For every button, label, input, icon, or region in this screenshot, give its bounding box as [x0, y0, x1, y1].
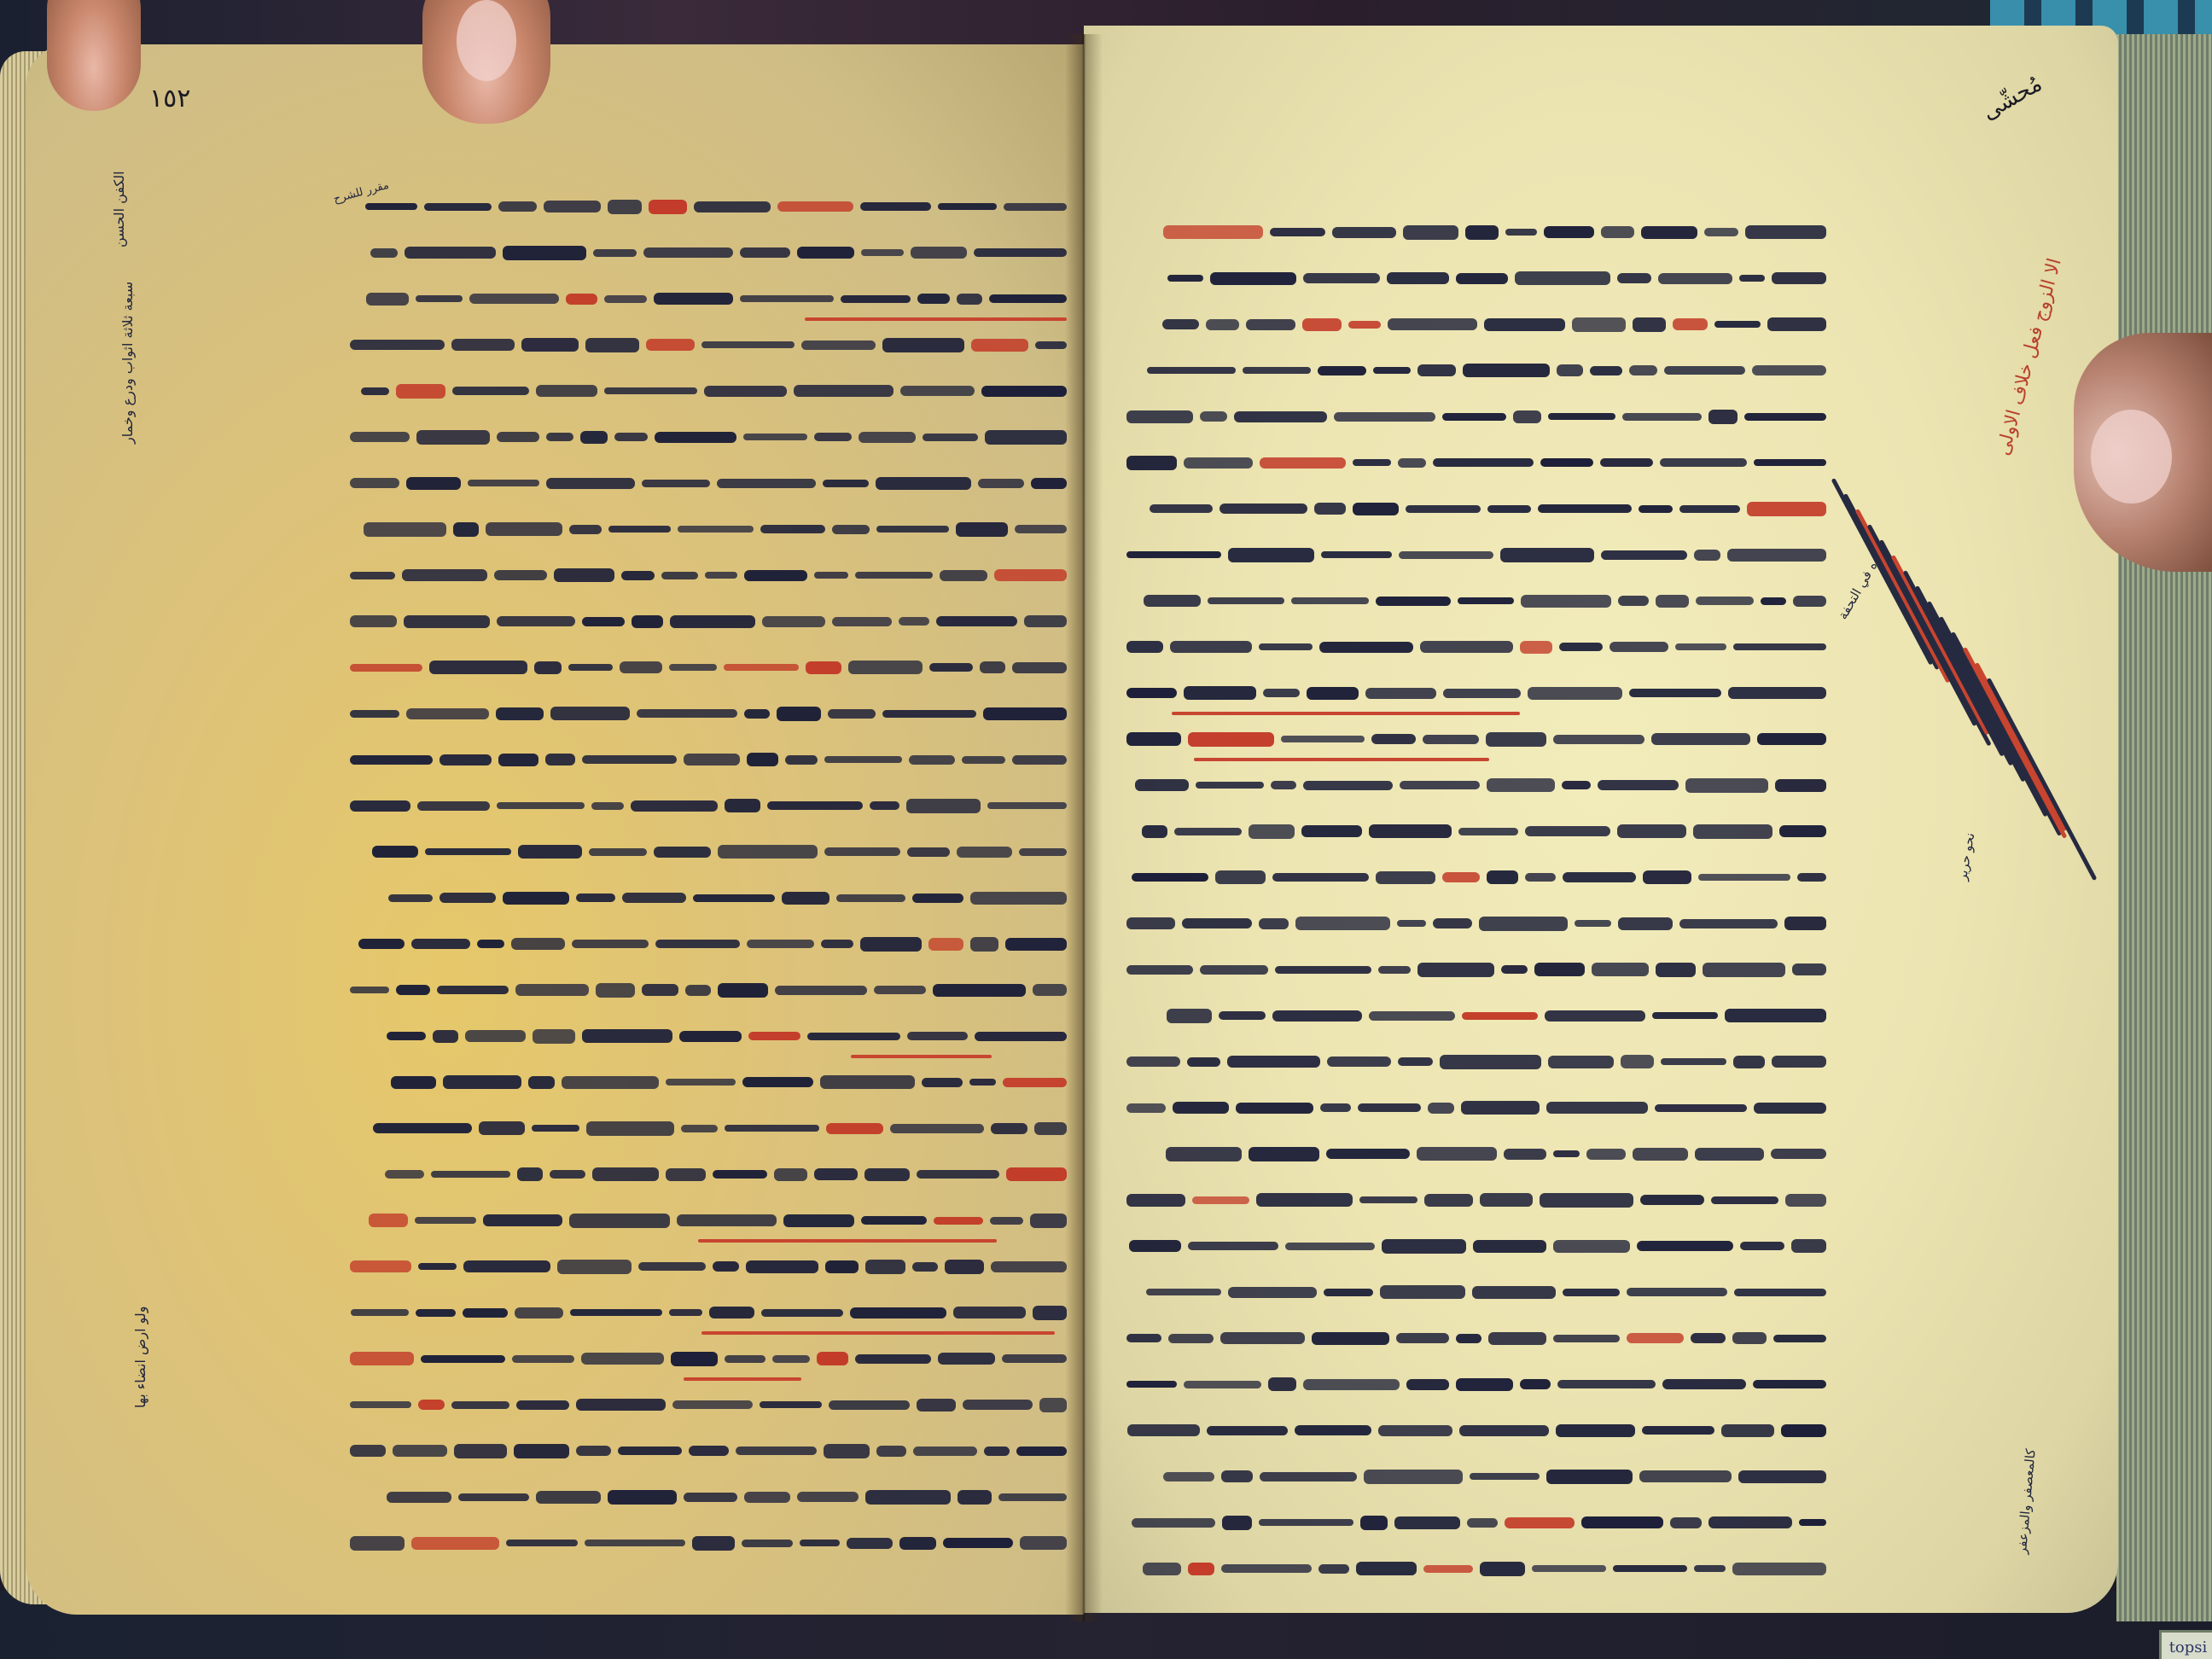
black-ink-word: [1039, 1398, 1067, 1412]
left-page-number: ١٥٢: [149, 84, 190, 114]
black-ink-word: [661, 572, 698, 579]
black-ink-word: [1675, 643, 1726, 650]
black-ink-word: [1256, 1193, 1353, 1207]
black-ink-word: [515, 984, 589, 996]
black-ink-word: [782, 892, 829, 905]
text-line: [333, 234, 1067, 271]
black-ink-word: [1228, 1287, 1317, 1298]
black-ink-word: [366, 293, 409, 306]
black-ink-word: [1259, 643, 1313, 650]
black-ink-word: [1147, 367, 1236, 374]
black-ink-word: [1679, 505, 1740, 513]
text-line: [1109, 444, 1826, 481]
black-ink-word: [532, 1125, 579, 1132]
text-line: [1109, 720, 1826, 758]
black-ink-word: [1442, 413, 1506, 421]
black-ink-word: [1200, 965, 1268, 975]
black-ink-word: [1548, 413, 1615, 420]
black-ink-word: [1324, 1289, 1373, 1296]
black-ink-word: [1398, 1057, 1433, 1066]
black-ink-word: [762, 616, 825, 627]
black-ink-word: [1126, 965, 1193, 975]
black-ink-word: [1458, 597, 1514, 604]
black-ink-word: [424, 203, 492, 211]
black-ink-word: [1433, 458, 1534, 467]
black-ink-word: [1656, 595, 1689, 608]
red-ink-word: [1188, 1563, 1214, 1575]
black-ink-word: [1249, 824, 1295, 839]
black-ink-word: [899, 1537, 936, 1550]
black-ink-word: [536, 385, 597, 397]
text-line: [1109, 1458, 1826, 1495]
black-ink-word: [1520, 1379, 1551, 1389]
text-line: [333, 1478, 1067, 1516]
black-ink-word: [1456, 1378, 1513, 1391]
black-ink-word: [1005, 938, 1067, 951]
black-ink-word: [1501, 965, 1528, 974]
text-line: [333, 1294, 1067, 1331]
black-ink-word: [350, 572, 395, 579]
text-line: [333, 1432, 1067, 1470]
black-ink-word: [1534, 963, 1585, 976]
black-ink-word: [1691, 1333, 1726, 1343]
black-ink-word: [1670, 1517, 1702, 1528]
text-line: [1109, 812, 1826, 850]
black-ink-word: [534, 661, 562, 674]
black-ink-word: [1639, 505, 1673, 513]
black-ink-word: [1721, 1424, 1774, 1437]
black-ink-word: [621, 571, 655, 580]
black-ink-word: [832, 617, 892, 626]
black-ink-word: [405, 247, 496, 259]
black-ink-word: [1015, 525, 1067, 533]
black-ink-word: [592, 1167, 659, 1181]
text-line: [333, 1524, 1067, 1562]
black-ink-word: [642, 480, 710, 487]
black-ink-word: [469, 294, 559, 304]
red-ink-word: [1747, 502, 1826, 516]
black-ink-word: [514, 1444, 569, 1458]
black-ink-word: [1734, 1289, 1826, 1296]
black-ink-word: [1326, 1149, 1410, 1159]
text-line: [1109, 352, 1826, 389]
text-line: [333, 418, 1067, 456]
black-ink-word: [463, 1260, 550, 1272]
black-ink-word: [1633, 317, 1666, 332]
black-ink-word: [1465, 225, 1499, 240]
black-ink-word: [1162, 319, 1199, 329]
black-ink-word: [1622, 413, 1702, 421]
black-ink-word: [870, 801, 899, 810]
black-ink-word: [1327, 1057, 1391, 1067]
black-ink-word: [1487, 778, 1555, 792]
black-ink-word: [1655, 1104, 1747, 1112]
black-ink-word: [1035, 341, 1067, 349]
black-ink-word: [1738, 1470, 1826, 1483]
black-ink-word: [569, 1214, 670, 1228]
black-ink-word: [860, 202, 931, 211]
black-ink-word: [821, 940, 853, 948]
black-ink-word: [1458, 828, 1518, 835]
black-ink-word: [917, 1399, 956, 1412]
black-ink-word: [978, 479, 1024, 488]
red-ink-word: [396, 384, 445, 399]
black-ink-word: [775, 986, 867, 995]
red-ink-word: [1442, 872, 1480, 882]
text-line: [1109, 1550, 1826, 1587]
left-margin-note: سبعة ثلاثة اثواب ودرع وخمار: [119, 282, 136, 444]
black-ink-word: [350, 755, 433, 765]
black-ink-word: [743, 434, 807, 440]
black-ink-word: [1373, 367, 1411, 374]
black-ink-word: [632, 615, 663, 628]
black-ink-word: [1627, 1288, 1727, 1296]
black-ink-word: [742, 1540, 793, 1547]
black-ink-word: [1563, 872, 1636, 882]
black-ink-word: [1590, 366, 1622, 375]
black-ink-word: [1633, 1148, 1688, 1161]
red-ink-word: [369, 1214, 408, 1227]
black-ink-word: [1572, 317, 1626, 332]
black-ink-word: [1146, 1289, 1221, 1295]
text-line: [1109, 582, 1826, 620]
black-ink-word: [596, 983, 635, 998]
black-ink-word: [411, 939, 470, 949]
black-ink-word: [777, 707, 821, 721]
black-ink-word: [1406, 1379, 1449, 1390]
black-ink-word: [760, 525, 825, 533]
black-ink-word: [479, 1121, 525, 1135]
red-ink-word: [1505, 1517, 1575, 1528]
black-ink-word: [865, 1490, 951, 1505]
black-ink-word: [1126, 1194, 1185, 1207]
black-ink-word: [453, 522, 479, 537]
black-ink-word: [569, 525, 602, 534]
text-line: [1109, 1043, 1826, 1080]
black-ink-word: [740, 247, 790, 258]
red-underline: [701, 1331, 1055, 1335]
red-underline: [1194, 758, 1489, 761]
black-ink-word: [850, 1307, 946, 1318]
black-ink-word: [890, 1124, 984, 1133]
black-ink-word: [1540, 458, 1593, 467]
red-ink-word: [724, 664, 799, 671]
red-ink-word: [1348, 321, 1381, 329]
black-ink-word: [591, 802, 624, 810]
black-ink-word: [1484, 318, 1565, 331]
black-ink-word: [518, 845, 582, 859]
black-ink-word: [350, 710, 399, 718]
black-ink-word: [828, 709, 876, 719]
black-ink-word: [1467, 1518, 1498, 1528]
black-ink-word: [1433, 918, 1472, 928]
black-ink-word: [1246, 319, 1295, 330]
black-ink-word: [1601, 550, 1687, 560]
black-ink-word: [774, 1168, 807, 1181]
black-ink-word: [1532, 1565, 1606, 1572]
black-ink-word: [859, 432, 916, 443]
black-ink-word: [497, 616, 575, 626]
black-ink-word: [1406, 505, 1481, 513]
black-ink-word: [1303, 273, 1380, 283]
black-ink-word: [670, 615, 755, 628]
black-ink-word: [576, 1399, 666, 1411]
black-ink-word: [744, 709, 770, 719]
black-ink-word: [511, 938, 565, 950]
black-ink-word: [372, 846, 418, 858]
black-ink-word: [672, 1400, 753, 1409]
black-ink-word: [1651, 733, 1750, 745]
black-ink-word: [1779, 825, 1826, 837]
text-line: [333, 1017, 1067, 1055]
black-ink-word: [1504, 1149, 1546, 1160]
black-ink-word: [1725, 1009, 1826, 1022]
black-ink-word: [391, 1076, 436, 1089]
black-ink-word: [1301, 825, 1362, 837]
black-ink-word: [1643, 870, 1691, 884]
text-line: [1109, 213, 1826, 251]
black-ink-word: [991, 1123, 1027, 1134]
black-ink-word: [585, 1540, 685, 1546]
black-ink-word: [454, 1444, 507, 1458]
black-ink-word: [974, 248, 1067, 257]
black-ink-word: [365, 203, 417, 210]
black-ink-word: [1012, 755, 1067, 765]
red-ink-word: [1003, 1078, 1067, 1087]
black-ink-word: [622, 893, 686, 903]
black-ink-word: [975, 1032, 1067, 1041]
black-ink-word: [1184, 457, 1253, 469]
text-line: [1109, 1319, 1826, 1357]
black-ink-word: [677, 1214, 777, 1226]
black-ink-word: [841, 295, 911, 303]
red-ink-word: [1302, 318, 1342, 331]
black-ink-word: [1016, 1447, 1067, 1456]
black-ink-word: [704, 386, 787, 397]
black-ink-word: [1033, 984, 1067, 996]
black-ink-word: [1754, 1103, 1826, 1114]
red-ink-word: [1163, 225, 1263, 239]
black-ink-word: [713, 1170, 767, 1179]
black-ink-word: [820, 1075, 915, 1089]
black-ink-word: [1586, 1149, 1626, 1160]
black-ink-word: [1259, 1519, 1353, 1526]
black-ink-word: [957, 847, 1012, 858]
black-ink-word: [861, 249, 904, 256]
black-ink-word: [912, 1262, 938, 1272]
black-ink-word: [1360, 1516, 1388, 1530]
black-ink-word: [725, 799, 760, 812]
black-ink-word: [373, 1123, 472, 1133]
black-ink-word: [1744, 413, 1826, 421]
black-ink-word: [705, 572, 737, 579]
black-ink-word: [666, 1079, 736, 1086]
black-ink-word: [991, 1261, 1067, 1272]
red-ink-word: [350, 1260, 411, 1272]
black-ink-word: [943, 1538, 1013, 1548]
black-ink-word: [814, 433, 852, 441]
black-ink-word: [929, 663, 973, 672]
black-ink-word: [350, 340, 445, 350]
black-ink-word: [1034, 1122, 1067, 1135]
black-ink-word: [497, 432, 539, 442]
black-ink-word: [824, 1444, 870, 1458]
black-ink-word: [1272, 1010, 1362, 1022]
black-ink-word: [1030, 1214, 1067, 1228]
black-ink-word: [772, 1355, 810, 1363]
black-ink-word: [1487, 505, 1531, 513]
black-ink-word: [876, 526, 949, 533]
black-ink-word: [1461, 1101, 1540, 1115]
red-ink-word: [646, 339, 695, 351]
black-ink-word: [746, 1260, 818, 1273]
black-ink-word: [421, 1355, 505, 1363]
black-ink-word: [655, 432, 736, 443]
black-ink-word: [351, 1309, 409, 1316]
black-ink-word: [794, 385, 894, 397]
black-ink-word: [829, 1400, 910, 1410]
black-ink-word: [969, 1079, 996, 1086]
black-ink-word: [1142, 825, 1167, 838]
black-ink-word: [1601, 226, 1634, 238]
black-ink-word: [358, 939, 405, 949]
black-ink-word: [801, 341, 876, 350]
black-ink-word: [1486, 732, 1546, 747]
black-ink-word: [586, 1121, 674, 1136]
text-line: [333, 1109, 1067, 1147]
black-ink-word: [1661, 1058, 1726, 1065]
red-ink-word: [1520, 641, 1552, 654]
black-ink-word: [900, 386, 975, 396]
black-ink-word: [747, 753, 778, 766]
black-ink-word: [496, 707, 544, 720]
black-ink-word: [666, 1168, 706, 1181]
text-line: [1109, 1227, 1826, 1265]
black-ink-word: [385, 1170, 424, 1179]
black-ink-word: [1318, 1564, 1349, 1574]
red-ink-word: [1188, 732, 1274, 747]
black-ink-word: [744, 570, 807, 581]
text-line: [333, 787, 1067, 824]
black-ink-word: [1135, 779, 1189, 791]
black-ink-word: [350, 478, 399, 488]
text-line: [1109, 628, 1826, 666]
black-ink-word: [387, 1492, 451, 1503]
black-ink-word: [1132, 1518, 1215, 1528]
book-gutter: [1065, 34, 1103, 1621]
black-ink-word: [580, 431, 608, 444]
black-ink-word: [643, 247, 733, 258]
black-ink-word: [576, 1446, 611, 1456]
text-line: [1109, 1181, 1826, 1219]
black-ink-word: [1546, 1470, 1633, 1484]
red-ink-word: [817, 1352, 848, 1365]
black-ink-word: [1693, 824, 1773, 839]
black-ink-word: [1132, 873, 1208, 882]
black-ink-word: [593, 249, 637, 257]
black-ink-word: [1772, 272, 1826, 284]
black-ink-word: [1528, 687, 1622, 700]
black-ink-word: [1249, 1147, 1319, 1161]
black-ink-word: [364, 522, 446, 537]
black-ink-word: [1556, 1424, 1635, 1437]
black-ink-word: [1303, 781, 1393, 790]
black-ink-word: [1639, 1470, 1732, 1482]
black-ink-word: [1581, 1516, 1663, 1528]
red-ink-word: [1423, 1565, 1473, 1573]
black-ink-word: [671, 1352, 718, 1366]
black-ink-word: [1259, 918, 1289, 929]
text-line: [1109, 905, 1826, 942]
text-line: [1109, 398, 1826, 435]
black-ink-word: [1184, 1381, 1261, 1388]
black-ink-word: [938, 203, 997, 210]
text-line: [1109, 997, 1826, 1034]
red-ink-word: [1627, 1333, 1684, 1343]
black-ink-word: [684, 1493, 737, 1502]
black-ink-word: [1480, 1193, 1533, 1207]
black-ink-word: [709, 1307, 754, 1318]
black-ink-word: [1559, 643, 1603, 651]
black-ink-word: [1359, 1196, 1417, 1203]
black-ink-word: [1613, 1565, 1687, 1572]
black-ink-word: [1640, 1195, 1704, 1205]
black-ink-word: [679, 1031, 742, 1042]
red-ink-word: [806, 661, 841, 674]
black-ink-word: [1126, 1381, 1177, 1388]
red-underline: [684, 1377, 801, 1381]
black-ink-word: [1617, 273, 1651, 283]
black-ink-word: [637, 709, 737, 718]
black-ink-word: [581, 1353, 664, 1365]
black-ink-word: [1168, 1334, 1214, 1343]
black-ink-word: [1785, 1194, 1826, 1207]
black-ink-word: [1767, 317, 1826, 331]
black-ink-word: [985, 430, 1067, 445]
right-page-text: [1109, 213, 1826, 1596]
black-ink-word: [1144, 595, 1201, 607]
black-ink-word: [1396, 1333, 1449, 1343]
black-ink-word: [740, 295, 834, 302]
black-ink-word: [1184, 686, 1256, 700]
black-ink-word: [433, 1030, 458, 1043]
text-line: [1109, 1135, 1826, 1173]
text-line: [333, 833, 1067, 870]
black-ink-word: [1540, 1193, 1633, 1208]
black-ink-word: [742, 1077, 813, 1087]
red-ink-word: [411, 1537, 499, 1550]
black-ink-word: [1019, 848, 1067, 856]
black-ink-word: [1487, 870, 1518, 884]
black-ink-word: [1417, 963, 1494, 977]
black-ink-word: [970, 937, 998, 952]
black-ink-word: [604, 387, 697, 394]
text-line: [333, 925, 1067, 963]
black-ink-word: [882, 710, 976, 718]
black-ink-word: [1480, 1562, 1525, 1576]
text-line: [333, 188, 1067, 225]
red-ink-word: [566, 294, 597, 305]
black-ink-word: [1129, 1240, 1181, 1252]
black-ink-word: [1513, 410, 1541, 423]
black-ink-word: [725, 1125, 819, 1132]
black-ink-word: [1033, 1306, 1067, 1320]
black-ink-word: [1553, 1335, 1620, 1342]
black-ink-word: [747, 940, 814, 948]
black-ink-word: [1600, 458, 1653, 467]
black-ink-word: [1332, 227, 1396, 238]
black-ink-word: [437, 986, 509, 994]
